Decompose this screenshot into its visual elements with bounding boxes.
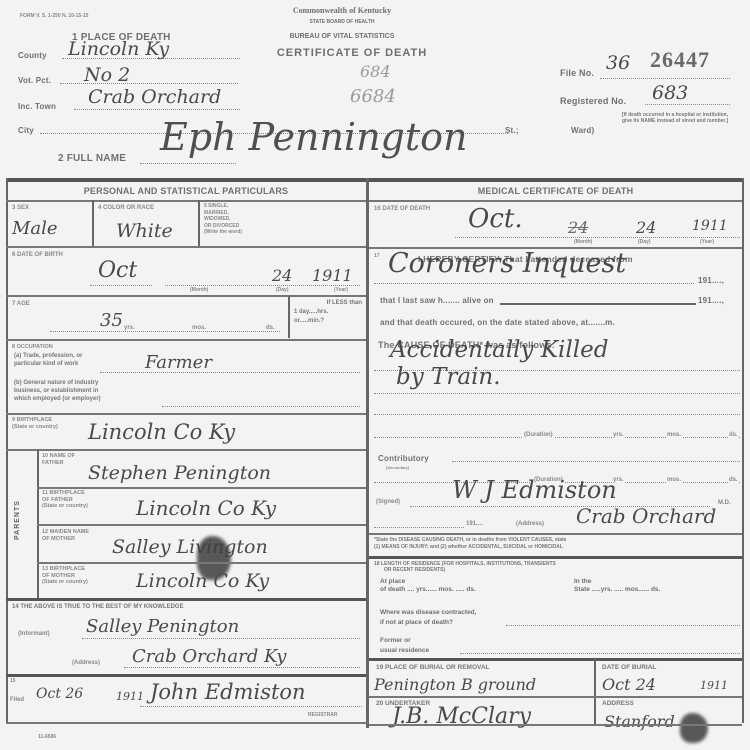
occupation-a-label: (a) Trade, profession, or particular kin… xyxy=(14,352,82,368)
last-saw-label: that I last saw h....... alive on xyxy=(380,296,494,305)
inc-town-label: Inc. Town xyxy=(18,102,56,111)
signed-address-label: (Address) xyxy=(516,521,544,527)
duration-label: (Duration) xyxy=(522,432,555,438)
occupation-a-line-rule xyxy=(100,372,360,373)
duration2-mos: mos. xyxy=(666,477,682,483)
divider xyxy=(369,200,742,202)
full-name-value: Eph Pennington xyxy=(160,115,468,159)
contracted-label: Where was disease contracted, if not at … xyxy=(380,608,476,628)
divider xyxy=(594,659,596,724)
inc-town-line xyxy=(74,109,240,110)
footnote-line: *State the DISEASE CAUSING DEATH, or in … xyxy=(374,537,566,544)
age-yrs-label: yrs. xyxy=(124,325,135,331)
registered-no-label: Registered No. xyxy=(560,96,626,106)
mother-name-value: Salley Livington xyxy=(112,536,268,558)
header-state: Commonwealth of Kentucky xyxy=(262,6,422,15)
informant-line xyxy=(82,638,360,639)
in-state-label: In the State .....yrs. ..... mos...... d… xyxy=(574,578,660,594)
mother-birthplace-label-line: (State or country) xyxy=(42,579,88,586)
duration-yrs: yrs. xyxy=(612,432,625,438)
age-line xyxy=(50,331,280,332)
in-state-line: State .....yrs. ..... mos...... ds. xyxy=(574,586,660,594)
divider xyxy=(369,696,742,698)
registered-no-value: 683 xyxy=(652,82,688,104)
signed-year: 191.... xyxy=(466,521,483,527)
margin-number-1: 684 xyxy=(360,62,391,81)
strike-line xyxy=(500,303,696,305)
ink-blot xyxy=(680,713,708,743)
divider xyxy=(37,524,366,526)
mother-birthplace-label-line: 13 BIRTHPLACE xyxy=(42,566,88,573)
divider xyxy=(6,674,366,677)
residence-label-line: OR RECENT RESIDENTS) xyxy=(374,567,556,573)
burial-value: Penington B ground xyxy=(374,675,536,694)
father-name-value: Stephen Penington xyxy=(88,462,271,484)
dod-day-caption: (Day) xyxy=(638,239,651,245)
occupation-b-line-rule xyxy=(162,406,360,407)
at-place-label: At place of death .... yrs...... mos. ..… xyxy=(380,578,476,594)
duration-ds: ds. xyxy=(728,432,739,438)
filed-label: Filed xyxy=(10,697,24,703)
cause-rule-2 xyxy=(374,393,740,394)
mother-name-label-line: 12 MAIDEN NAME xyxy=(42,529,89,536)
occupation-a-line: (a) Trade, profession, or xyxy=(14,352,82,360)
father-birthplace-label: 11 BIRTHPLACE OF FATHER (State or countr… xyxy=(42,490,88,510)
dob-month: Oct xyxy=(98,258,137,283)
divider xyxy=(37,562,366,564)
duration-line xyxy=(374,437,740,438)
burial-label: 19 PLACE OF BURIAL OR REMOVAL xyxy=(376,664,490,671)
dod-month-caption: (Month) xyxy=(574,239,592,245)
informant-address-value: Crab Orchard Ky xyxy=(132,646,286,667)
file-no-hand: 36 xyxy=(606,52,630,74)
birthplace-value: Lincoln Co Ky xyxy=(88,420,235,444)
certify-line xyxy=(374,283,694,284)
st-label: St.; xyxy=(505,126,519,135)
age-ds-label: ds. xyxy=(266,325,275,331)
father-name-label-line: 10 NAME OF xyxy=(42,453,75,460)
informant-address-label: (Address) xyxy=(72,660,100,666)
former-residence-rule xyxy=(460,653,740,654)
marital-label: 5 SINGLE, MARRIED, WIDOWED, OR DIVORCED … xyxy=(204,203,242,236)
cause-line-1: Accidentally Killed xyxy=(390,337,608,363)
occurred-label: and that death occured, on the date stat… xyxy=(380,318,615,327)
birthplace-label-line: 9 BIRTHPLACE xyxy=(12,417,58,424)
divider xyxy=(6,413,366,415)
occupation-label: 8 OCCUPATION xyxy=(12,344,53,350)
former-residence-line: Former or xyxy=(380,636,429,646)
header-title: CERTIFICATE OF DEATH xyxy=(262,47,442,59)
undertaker-address-label: ADDRESS xyxy=(602,700,634,707)
signed-label: (Signed) xyxy=(376,499,400,505)
at-place-line: of death .... yrs...... mos. ..... ds. xyxy=(380,586,476,594)
dob-day: 24 xyxy=(272,266,292,285)
burial-year: 1911 xyxy=(700,679,728,692)
father-name-label-line: FATHER xyxy=(42,460,75,467)
signed-date-line xyxy=(374,527,464,528)
personal-heading: PERSONAL AND STATISTICAL PARTICULARS xyxy=(6,186,366,196)
dod-year-caption: (Year) xyxy=(700,239,714,245)
color-value: White xyxy=(116,220,173,242)
dob-year-caption: (Year) xyxy=(334,287,348,293)
contracted-line: Where was disease contracted, xyxy=(380,608,476,618)
informant-value: Salley Penington xyxy=(86,616,239,637)
city-label: City xyxy=(18,126,34,135)
sex-value: Male xyxy=(12,218,58,239)
dod-line xyxy=(455,237,740,238)
footnote-line: (1) MEANS OF INJURY; and (2) whether ACC… xyxy=(374,544,566,551)
occupation-a-line: particular kind of work xyxy=(14,360,82,368)
contracted-rule xyxy=(506,625,740,626)
divider xyxy=(6,339,366,341)
form-code: FORM V. S. 1-250 N. 10-15-15 xyxy=(20,13,88,19)
registered-no-line xyxy=(645,104,730,105)
dob-month-line xyxy=(90,285,152,286)
dod-day-struck: 24 xyxy=(568,218,588,237)
burial-date-value: Oct 24 xyxy=(602,675,656,694)
dod-day: 24 xyxy=(636,218,656,237)
registrar-line xyxy=(140,706,362,707)
parents-label: PARENTS xyxy=(14,500,21,540)
former-residence-line: usual residence xyxy=(380,646,429,656)
dod-label: 16 DATE OF DEATH xyxy=(374,206,430,212)
certify-year: 191...., xyxy=(698,276,724,285)
divider xyxy=(369,658,742,661)
in-state-line: In the xyxy=(574,578,660,586)
filed-date: Oct 26 xyxy=(36,686,83,702)
file-no-stamp: 26447 xyxy=(650,47,710,73)
certify-num: 17 xyxy=(374,253,380,259)
father-birthplace-label-line: 11 BIRTHPLACE xyxy=(42,490,88,497)
dob-day-line xyxy=(165,285,360,286)
at-place-line: At place xyxy=(380,578,476,586)
mother-name-label: 12 MAIDEN NAME OF MOTHER xyxy=(42,529,89,543)
header-board: STATE BOARD OF HEALTH xyxy=(262,19,422,25)
divider xyxy=(369,724,742,726)
informant-label: (Informant) xyxy=(18,631,50,637)
birthplace-label: 9 BIRTHPLACE (State or country) xyxy=(12,417,58,431)
age-label: 7 AGE xyxy=(12,301,30,307)
divider xyxy=(92,200,94,246)
less-than-line: If LESS than xyxy=(294,299,362,308)
inc-town-value: Crab Orchard xyxy=(88,86,221,108)
divider xyxy=(6,200,366,202)
divider xyxy=(288,296,290,338)
header-bureau: BUREAU OF VITAL STATISTICS xyxy=(262,33,422,40)
dob-year: 1911 xyxy=(312,266,353,285)
father-name-label: 10 NAME OF FATHER xyxy=(42,453,75,467)
occupation-b-line: (b) General nature of industry xyxy=(14,379,101,387)
occupation-b-line: which employed (or employer) xyxy=(14,395,101,403)
undertaker-address-value: Stanford xyxy=(604,712,675,731)
mother-birthplace-value: Lincoln Co Ky xyxy=(136,570,269,592)
less-than-line: or.....min.? xyxy=(294,317,362,326)
filed-year: 1911 xyxy=(116,690,144,703)
ward-label: Ward) xyxy=(571,126,594,135)
contracted-line: if not at place of death? xyxy=(380,618,476,628)
divider xyxy=(6,598,366,601)
father-birthplace-label-line: (State or country) xyxy=(42,503,88,510)
cause-rule-3 xyxy=(374,414,740,415)
md-label: M.D. xyxy=(718,500,731,506)
informant-address-line xyxy=(124,667,360,668)
marital-label-line: (Write the word) xyxy=(204,229,242,236)
knowledge-label: 14 THE ABOVE IS TRUE TO THE BEST OF MY K… xyxy=(12,604,184,610)
medical-heading: MEDICAL CERTIFICATE OF DEATH xyxy=(369,186,742,196)
occupation-b-line: business, or establishment in xyxy=(14,387,101,395)
full-name-label: 2 FULL NAME xyxy=(58,153,126,164)
vot-pct-label: Vot. Pct. xyxy=(18,76,51,85)
less-than-line: 1 day.....hrs. xyxy=(294,308,362,317)
contributory-line xyxy=(452,461,740,462)
dob-month-caption: (Month) xyxy=(190,287,208,293)
divider xyxy=(6,246,366,248)
divider xyxy=(369,533,742,535)
duration-mos: mos. xyxy=(666,432,682,438)
sex-label: 3 SEX xyxy=(12,205,29,211)
cause-line-2: by Train. xyxy=(396,364,501,390)
divider xyxy=(369,556,742,559)
divider xyxy=(6,295,366,297)
bottom-code: 11-6586 xyxy=(38,734,56,740)
father-birthplace-value: Lincoln Co Ky xyxy=(136,496,276,520)
certify-value: Coroners Inquest xyxy=(388,248,626,279)
residence-label: 18 LENGTH OF RESIDENCE (FOR HOSPITALS, I… xyxy=(374,561,556,573)
registrar-value: John Edmiston xyxy=(150,680,306,704)
last-saw-year: 191...., xyxy=(698,296,724,305)
file-no-line xyxy=(600,78,730,79)
color-label: 4 COLOR OR RACE xyxy=(98,205,154,211)
file-no-label: File No. xyxy=(560,68,594,78)
hospital-note: [If death occurred in a hospital or inst… xyxy=(622,112,730,124)
filed-num: 15 xyxy=(10,678,16,684)
contributory-label: Contributory xyxy=(378,454,429,463)
county-label: County xyxy=(18,51,47,60)
mother-name-label-line: OF MOTHER xyxy=(42,536,89,543)
divider xyxy=(6,722,368,724)
divider xyxy=(198,200,200,246)
divider xyxy=(6,449,366,451)
signed-address-value: Crab Orchard xyxy=(576,504,716,528)
less-than-day: If LESS than 1 day.....hrs. or.....min.? xyxy=(294,299,362,326)
death-certificate-page: FORM V. S. 1-250 N. 10-15-15 Commonwealt… xyxy=(0,0,750,750)
margin-number-2: 6684 xyxy=(350,86,396,107)
divider xyxy=(366,178,369,728)
dob-day-caption: (Day) xyxy=(276,287,289,293)
former-residence-label: Former or usual residence xyxy=(380,636,429,656)
dod-year: 1911 xyxy=(692,218,728,234)
divider xyxy=(6,178,744,182)
signed-value: W J Edmiston xyxy=(452,476,617,504)
registrar-label: REGISTRAR xyxy=(308,712,337,718)
age-mos-label: mos. xyxy=(192,325,206,331)
birthplace-label-line: (State or country) xyxy=(12,424,58,431)
vot-pct-value: No 2 xyxy=(84,64,130,86)
secondary-label: (Secondary) xyxy=(386,465,409,470)
age-years: 35 xyxy=(100,310,123,331)
burial-date-label: DATE OF BURIAL xyxy=(602,664,656,671)
occupation-b-label: (b) General nature of industry business,… xyxy=(14,379,101,403)
mother-birthplace-label: 13 BIRTHPLACE OF MOTHER (State or countr… xyxy=(42,566,88,586)
footnote: *State the DISEASE CAUSING DEATH, or in … xyxy=(374,537,566,551)
divider xyxy=(742,178,744,723)
dod-month: Oct. xyxy=(468,204,523,234)
occupation-a-value: Farmer xyxy=(145,352,212,373)
full-name-line xyxy=(140,163,236,164)
county-value: Lincoln Ky xyxy=(68,38,169,60)
dob-label: 6 DATE OF BIRTH xyxy=(12,252,63,258)
divider xyxy=(37,487,366,489)
duration2-ds: ds. xyxy=(728,477,739,483)
